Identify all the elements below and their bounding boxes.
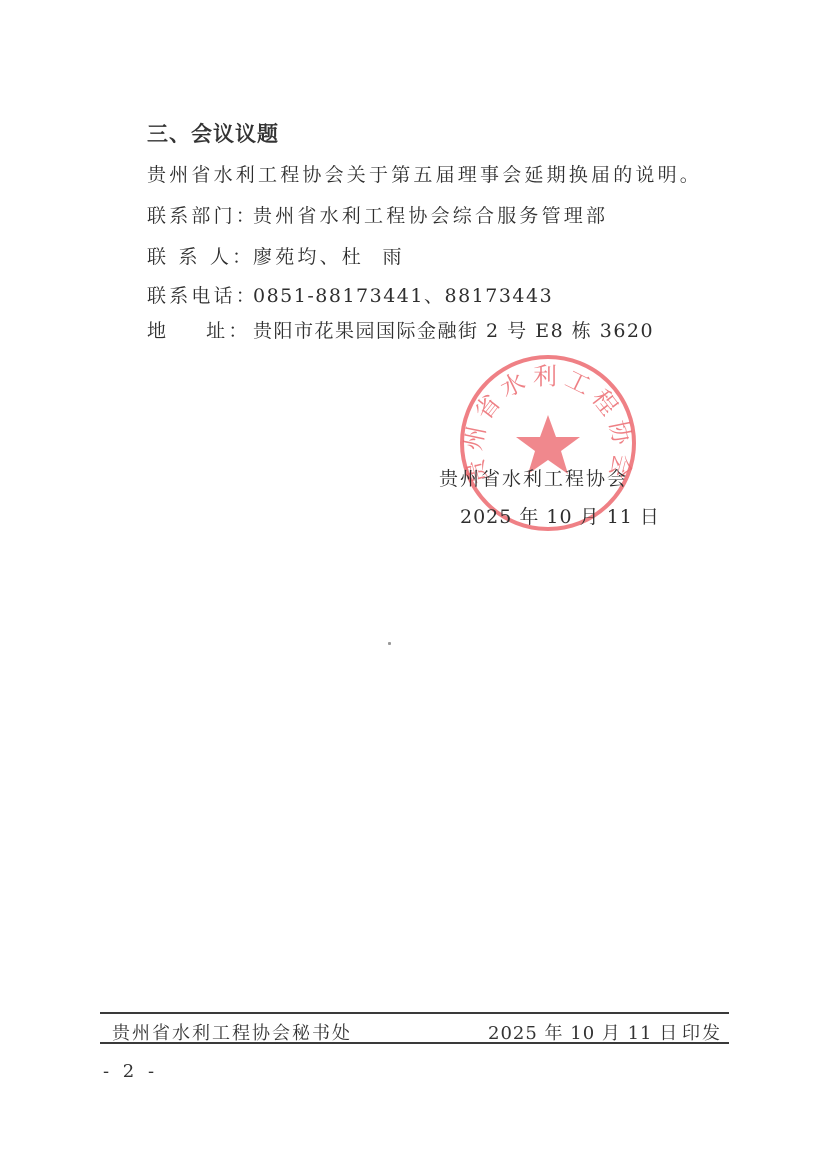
contact-phone: 联系电话：0851-88173441、88173443 <box>147 281 553 308</box>
section-heading: 三、会议议题 <box>147 118 279 148</box>
footer-bottom-rule <box>100 1042 729 1044</box>
signature-organization: 贵州省水利工程协会 <box>439 464 628 491</box>
contact-address-label: 地 址： <box>147 316 253 343</box>
signature-date: 2025 年 10 月 11 日 <box>460 502 660 529</box>
contact-department-label: 联系部门： <box>147 201 253 228</box>
footer-top-rule <box>100 1012 729 1014</box>
contact-address: 地 址：贵阳市花果园国际金融街 2 号 E8 栋 3620 <box>147 316 654 343</box>
contact-persons: 联 系 人：廖苑均、杜 雨 <box>147 242 405 269</box>
page-number: - 2 - <box>103 1061 158 1082</box>
contact-phone-value: 0851-88173441、88173443 <box>253 285 553 307</box>
contact-department: 联系部门：贵州省水利工程协会综合服务管理部 <box>147 201 608 228</box>
scan-speck <box>388 642 391 645</box>
contact-address-value: 贵阳市花果园国际金融街 2 号 E8 栋 3620 <box>253 320 654 342</box>
contact-phone-label: 联系电话： <box>147 281 253 308</box>
agenda-text: 贵州省水利工程协会关于第五届理事会延期换届的说明。 <box>147 160 702 187</box>
contact-persons-value: 廖苑均、杜 雨 <box>253 246 405 268</box>
contact-persons-label: 联 系 人： <box>147 242 253 269</box>
contact-department-value: 贵州省水利工程协会综合服务管理部 <box>253 205 608 227</box>
